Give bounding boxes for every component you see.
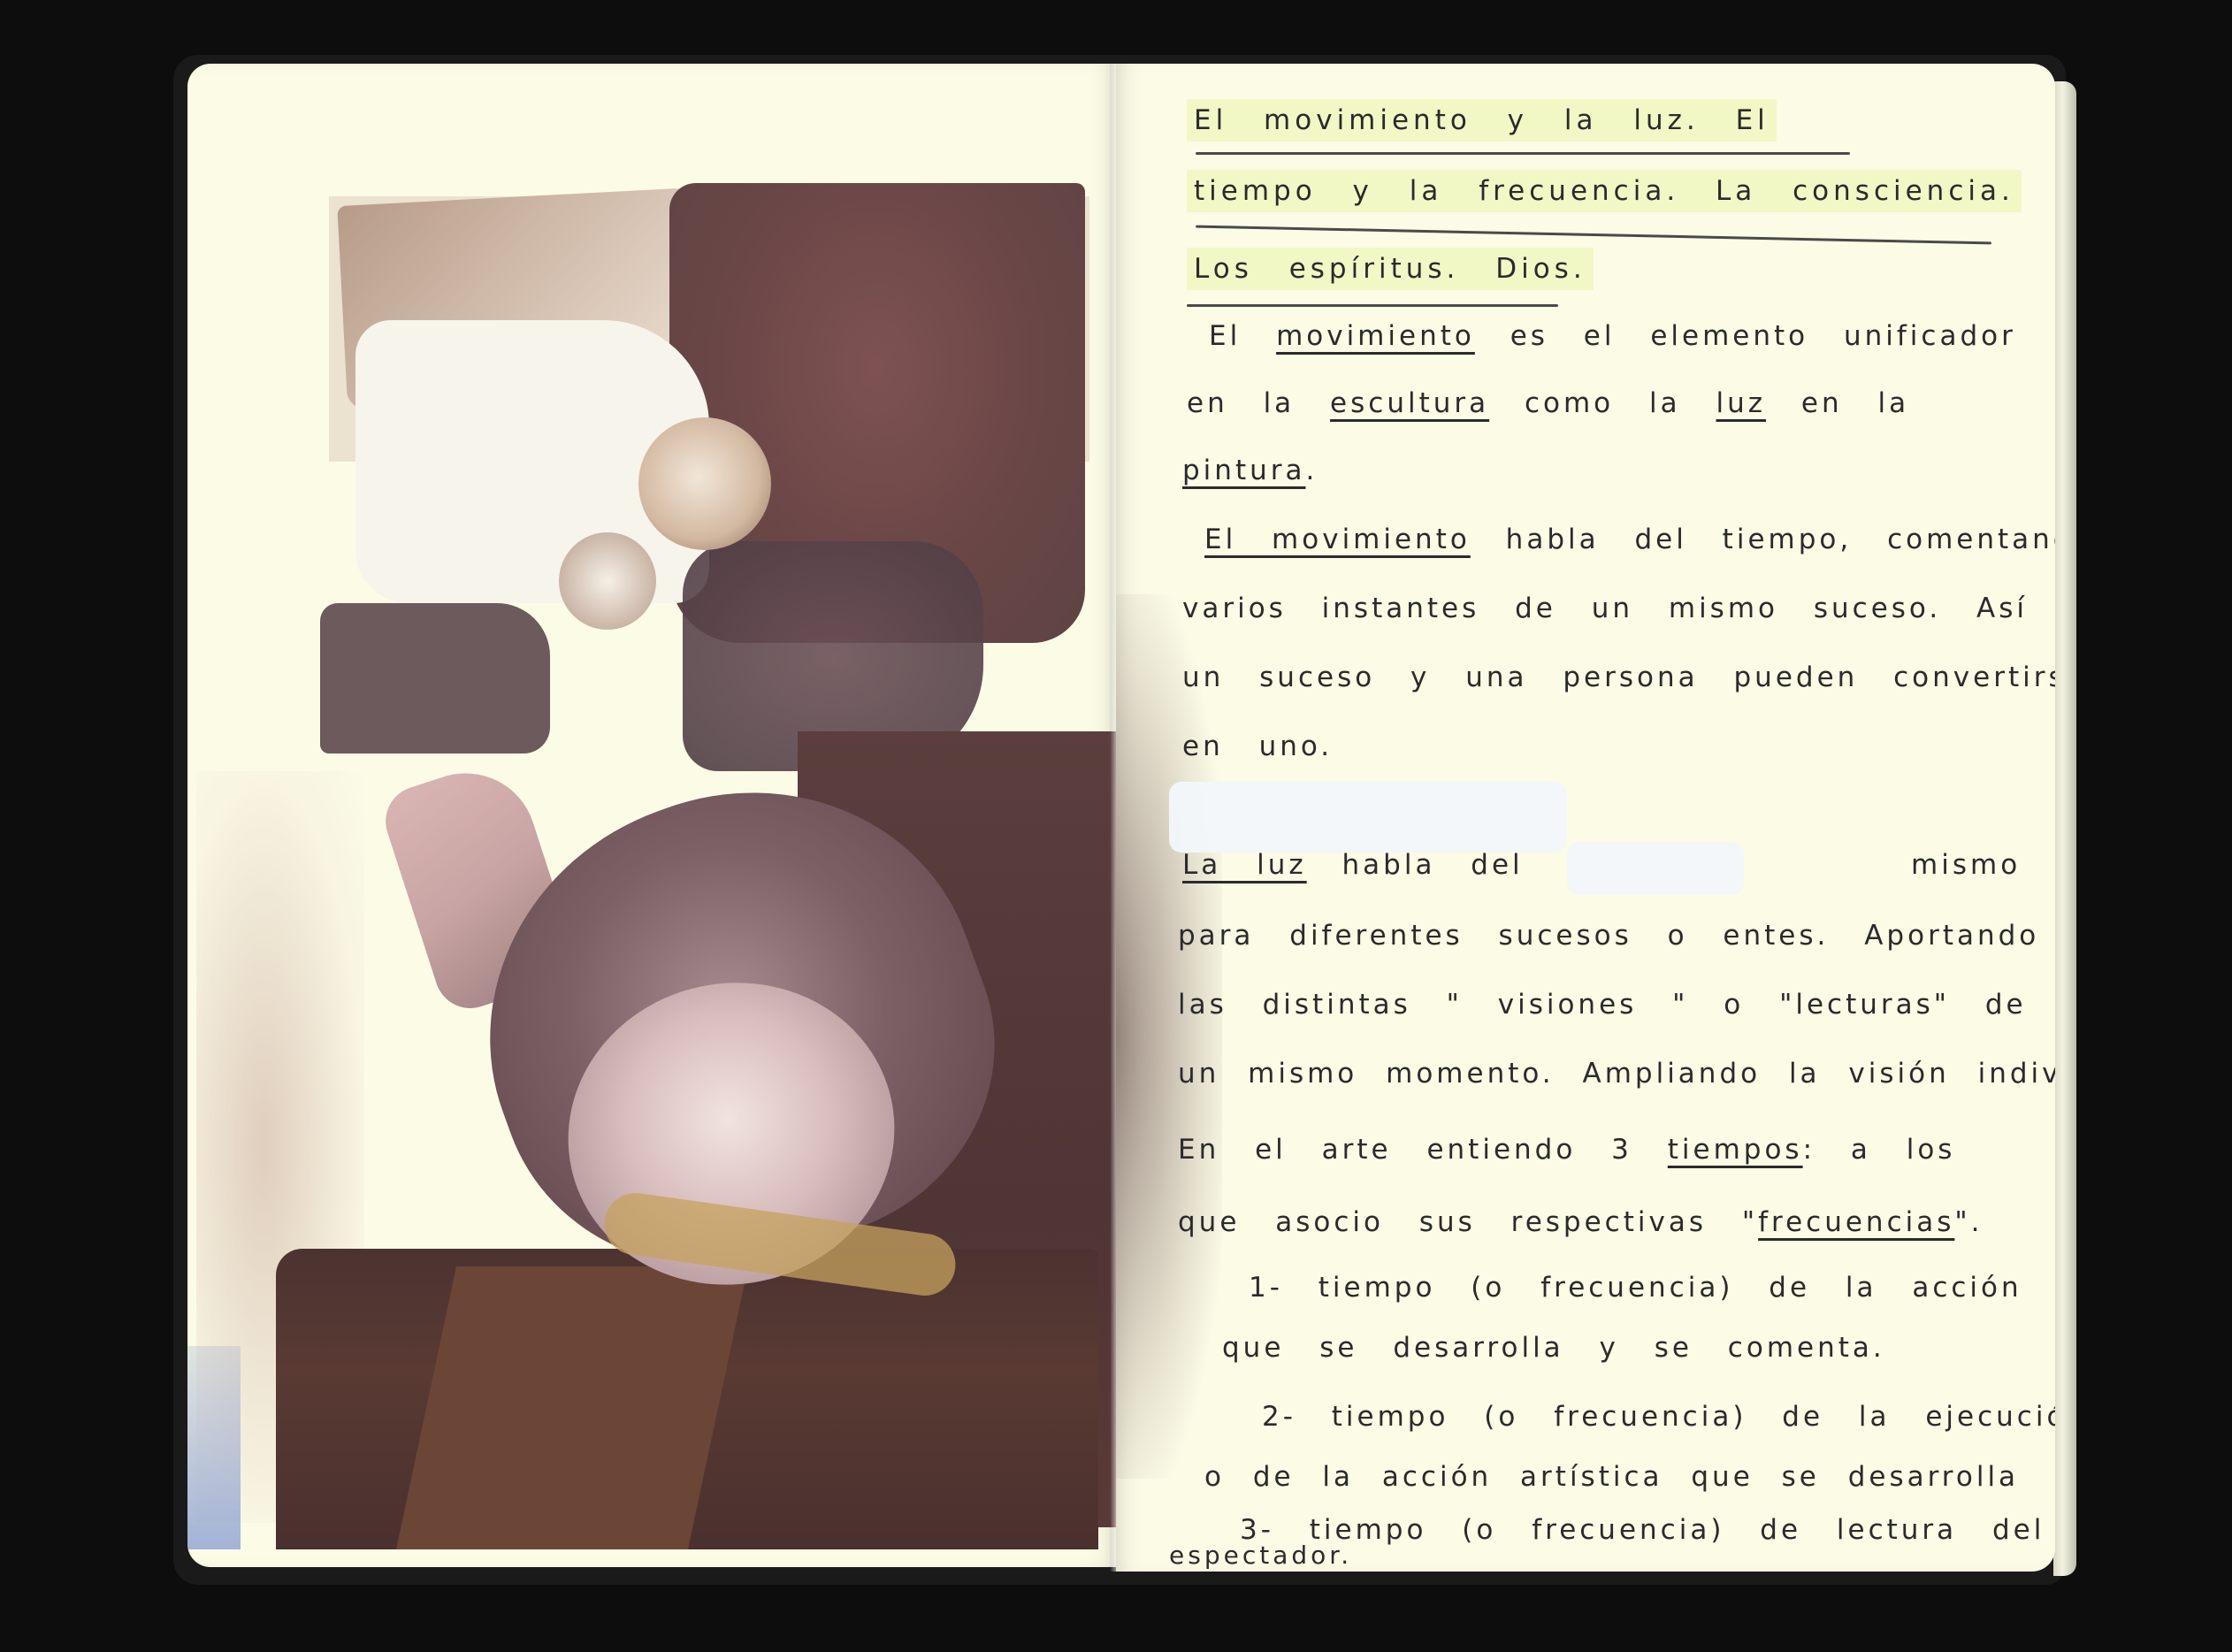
body-line-8: La luz habla del mismo instante [1182, 849, 2055, 881]
body-line-12: En el arte entiendo 3 tiempos: a los [1178, 1134, 1955, 1166]
list-item-2a: 2- tiempo (o frecuencia) de la ejecución [1262, 1401, 2055, 1433]
body-line-5: varios instantes de un mismo suceso. Así [1182, 593, 2028, 624]
left-page [187, 64, 1116, 1567]
handwritten-notes: El movimiento y la luz. El tiempo y la f… [1116, 64, 2055, 1572]
mixed-media-painting [187, 64, 1116, 1567]
blue-smudge [187, 1346, 241, 1549]
infant-face-1 [638, 417, 771, 550]
list-item-1b: que se desarrolla y se comenta. [1222, 1332, 1885, 1364]
infant-face-2 [559, 532, 656, 630]
right-page: El movimiento y la luz. El tiempo y la f… [1116, 64, 2055, 1572]
list-item-3a: 3- tiempo (o frecuencia) de lectura del [1240, 1514, 2045, 1546]
body-line-6: un suceso y una persona pueden convertir… [1182, 662, 2055, 693]
title-underline-3 [1187, 304, 1558, 307]
body-line-3: pintura. [1182, 455, 1318, 486]
body-line-13: que asocio sus respectivas "frecuencias"… [1178, 1206, 1984, 1238]
title-underline-2 [1196, 226, 1991, 245]
body-line-11: un mismo momento. Ampliando la visión in… [1178, 1058, 2055, 1090]
body-line-4: El movimiento habla del tiempo, comentan… [1204, 524, 2055, 555]
body-line-1: El movimiento es el elemento unificador [1209, 320, 2016, 352]
title-line-1: El movimiento y la luz. El [1187, 99, 1777, 141]
title-line-2: tiempo y la frecuencia. La consciencia. [1187, 170, 2022, 212]
list-item-1a: 1- tiempo (o frecuencia) de la acción [1249, 1272, 2022, 1304]
body-line-10: las distintas " visiones " o "lecturas" … [1178, 989, 2027, 1021]
page-edges [2053, 81, 2076, 1576]
oil-brown-panel [396, 1266, 748, 1549]
title-underline-1 [1196, 152, 1850, 155]
list-item-2b: o de la acción artística que se desarrol… [1204, 1461, 2019, 1493]
body-line-7: en uno. [1182, 730, 1333, 762]
body-line-2: en la escultura como la luz en la [1187, 387, 1909, 419]
title-line-3: Los espíritus. Dios. [1187, 248, 1594, 290]
correction-fluid-1 [1169, 782, 1567, 853]
list-item-3b: espectador. [1169, 1541, 1352, 1570]
watercolor-left-shadow [320, 603, 550, 753]
body-line-9: para diferentes sucesos o entes. Aportan… [1178, 920, 2039, 952]
